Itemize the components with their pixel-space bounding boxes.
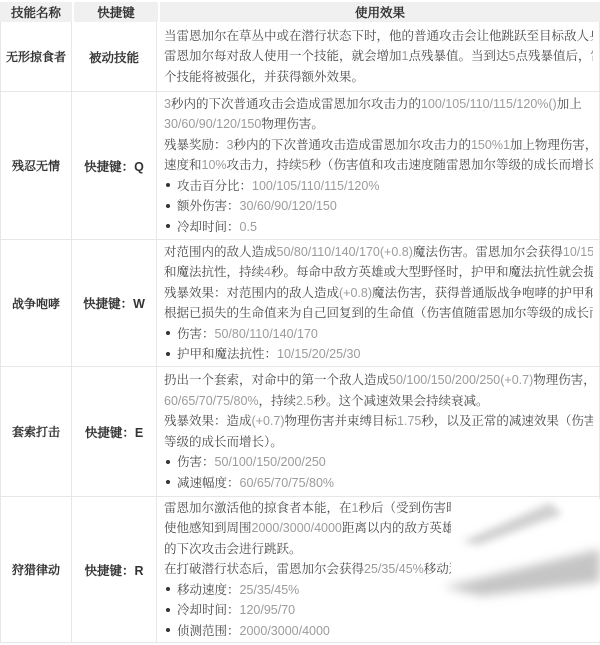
stat-label: 冷却时间： <box>177 603 240 617</box>
effect-text: 加上 <box>557 97 582 111</box>
column-header-hotkey: 快捷键 <box>74 2 158 22</box>
stat-value: 150%1 <box>471 138 510 152</box>
bullet-dot-icon <box>166 460 170 464</box>
watermark-white-patch <box>451 499 600 641</box>
effect-text: ，持续 <box>259 394 297 408</box>
bullet-dot-icon <box>166 608 170 612</box>
skill-row: 残忍无情快捷键：Q3秒内的下次普通攻击会造成雷恩加尔攻击力的100/105/11… <box>1 92 599 240</box>
skill-row: 战争咆哮快捷键：W对范围内的敌人造成50/80/110/140/170(+0.8… <box>1 240 599 367</box>
stat-label: 攻击百分比： <box>177 179 252 193</box>
column-header-label: 快捷键 <box>97 3 135 21</box>
column-header-label: 技能名称 <box>11 3 61 21</box>
skill-effect-cell: 扔出一个套索，对命中的第一个敌人造成50/100/150/200/250(+0.… <box>157 367 599 496</box>
skill-name-cell: 无形掠食者 <box>1 22 72 91</box>
stat-value: 3 <box>164 97 171 111</box>
bullet-dot-icon <box>166 587 170 591</box>
stat-value: 25/35/45% <box>240 583 300 597</box>
effect-text: 秒内的下次普通攻击造成雷恩加尔攻击力的 <box>233 138 471 152</box>
effect-line: 当雷恩加尔在草丛中或在潜行状态下时，他的普通攻击会让他跳跃至目标敌人身边。 <box>164 26 593 47</box>
stat-value: 10% <box>202 158 227 172</box>
effect-text: 个技能将被强化，并获得额外效果。 <box>164 70 364 84</box>
bullet-dot-icon <box>166 204 170 208</box>
stat-value: 120/95/70 <box>240 603 296 617</box>
stat-value: 2000/3000/4000 <box>240 624 330 638</box>
bullet-dot-icon <box>166 352 170 356</box>
skill-effect-cell: 对范围内的敌人造成50/80/110/140/170(+0.8)魔法伤害。雷恩加… <box>157 240 599 366</box>
effect-text: 雷恩加尔每对敌人使用一个技能，就会增加 <box>164 49 402 63</box>
stat-label: 护甲和魔法抗性： <box>177 347 277 361</box>
effect-text: 对范围内的敌人造成 <box>164 245 277 259</box>
effect-text: 点残暴值。当到达 <box>408 49 508 63</box>
effect-text: 雷恩加尔激活他的掠食者本能，在 <box>164 501 352 515</box>
stat-value: 50/80/110/140/170(+0.8) <box>277 245 413 259</box>
stat-label: 伤害： <box>177 327 215 341</box>
column-header-skill-name: 技能名称 <box>0 2 72 22</box>
effect-line: 根据已损失的生命值来为自己回复到的生命值（伤害值随雷恩加尔等级的成长而增长）。 <box>164 303 593 324</box>
stat-value: 50/80/110/140/170 <box>215 327 318 341</box>
effect-line: 对范围内的敌人造成50/80/110/140/170(+0.8)魔法伤害。雷恩加… <box>164 242 593 263</box>
effect-text: 魔法伤害，获得普通版战争咆哮的护甲和魔法抗性，并 <box>372 286 593 300</box>
effect-text: 残暴效果：对范围内的敌人造成 <box>164 286 339 300</box>
stat-value: 2.5 <box>296 394 313 408</box>
effect-text: 的下次攻击会进行跳跃。 <box>164 542 302 556</box>
column-header-effect: 使用效果 <box>160 2 600 22</box>
effect-line: 残暴效果：造成(+0.7)物理伤害并束缚目标1.75秒，以及正常的减速效果（伤害… <box>164 411 593 432</box>
effect-line: 残暴奖励：3秒内的下次普通攻击造成雷恩加尔攻击力的150%1加上物理伤害，并提供… <box>164 135 593 156</box>
stat-label: 侦测范围： <box>177 624 240 638</box>
stat-value: 30/60/90/120/150 <box>240 199 337 213</box>
skill-hotkey-cell: 被动技能 <box>72 22 157 91</box>
skill-hotkey-cell: 快捷键：E <box>72 367 157 496</box>
stat-bullet-line: 攻击百分比：100/105/110/115/120% <box>164 176 593 197</box>
effect-text: 使他感知到周围 <box>164 521 252 535</box>
effect-text: 魔法伤害。雷恩加尔会获得 <box>413 245 563 259</box>
stat-bullet-line: 伤害：50/80/110/140/170 <box>164 324 593 345</box>
bullet-dot-icon <box>166 628 170 632</box>
effect-text: 秒，以及正常的减速效果（伤害值随雷恩加尔 <box>421 414 593 428</box>
column-header-label: 使用效果 <box>355 3 405 21</box>
stat-value: 50/100/150/200/250 <box>215 455 326 469</box>
skill-row: 无形掠食者被动技能当雷恩加尔在草丛中或在潜行状态下时，他的普通攻击会让他跳跃至目… <box>1 22 599 92</box>
effect-text: 残暴效果：造成 <box>164 414 252 428</box>
effect-text: 秒。每命中敌方英雄或大型野怪时，护甲和魔法抗性就会提升 <box>271 265 593 279</box>
bullet-dot-icon <box>166 183 170 187</box>
effect-text: 当雷恩加尔在草丛中或在潜行状态下时，他的普通攻击会让他跳跃至目标敌人身边。 <box>164 29 593 43</box>
stat-value: 50/100/150/200/250(+0.7) <box>389 373 533 387</box>
effect-text: 和魔法抗性，持续 <box>164 265 264 279</box>
stat-label: 额外伤害： <box>177 199 240 213</box>
skill-hotkey-cell: 快捷键：W <box>72 240 157 366</box>
skill-effect-cell: 3秒内的下次普通攻击会造成雷恩加尔攻击力的100/105/110/115/120… <box>157 92 599 239</box>
effect-line: 速度和10%攻击力，持续5秒（伤害值和攻击速度随雷恩加尔等级的成长而增长）。 <box>164 155 593 176</box>
effect-line: 60/65/70/75/80%，持续2.5秒。这个减速效果会持续衰减。 <box>164 391 593 412</box>
stat-value: 25/35/45% <box>364 562 424 576</box>
stat-value: 100/105/110/115/120% <box>252 179 379 193</box>
stat-value: 30/60/90/120/150 <box>164 117 261 131</box>
stat-value: 2000/3000/4000 <box>252 521 342 535</box>
effect-line: 个技能将被强化，并获得额外效果。 <box>164 67 593 88</box>
bullet-dot-icon <box>166 224 170 228</box>
skill-hotkey-cell: 快捷键：R <box>72 497 157 642</box>
skill-hotkey-cell: 快捷键：Q <box>72 92 157 239</box>
effect-text: 扔出一个套索，对命中的第一个敌人造成 <box>164 373 389 387</box>
effect-text: 根据已损失的生命值来为自己回复到的生命值（伤害值随雷恩加尔等级的成长而增长）。 <box>164 306 593 320</box>
stat-value: 4 <box>264 265 271 279</box>
stat-value: 10/15/20/25/30 <box>563 245 593 259</box>
effect-line: 等级的成长而增长）。 <box>164 432 593 453</box>
effect-text: 物理伤害，并将目标减速 <box>533 373 593 387</box>
skill-name-cell: 战争咆哮 <box>1 240 72 366</box>
effect-line: 30/60/90/120/150物理伤害。 <box>164 114 593 135</box>
effect-text: 点残暴值后，雷恩加尔的下一 <box>515 49 593 63</box>
stat-bullet-line: 减速幅度：60/65/70/75/80% <box>164 473 593 494</box>
bullet-dot-icon <box>166 331 170 335</box>
effect-line: 扔出一个套索，对命中的第一个敌人造成50/100/150/200/250(+0.… <box>164 370 593 391</box>
stat-bullet-line: 伤害：50/100/150/200/250 <box>164 452 593 473</box>
stat-value: 10/15/20/25/30 <box>277 347 360 361</box>
effect-text: 秒内的下次普通攻击会造成雷恩加尔攻击力的 <box>171 97 421 111</box>
skill-name-cell: 狩猎律动 <box>1 497 72 642</box>
stat-label: 减速幅度： <box>177 476 240 490</box>
stat-label: 冷却时间： <box>177 220 240 234</box>
stat-value: 0.5 <box>240 220 257 234</box>
stat-value: (+0.7) <box>252 414 285 428</box>
stat-bullet-line: 额外伤害：30/60/90/120/150 <box>164 196 593 217</box>
stat-label: 移动速度： <box>177 583 240 597</box>
effect-text: 加上物理伤害，并提供 <box>510 138 593 152</box>
stat-bullet-line: 护甲和魔法抗性：10/15/20/25/30 <box>164 344 593 365</box>
stat-label: 伤害： <box>177 455 215 469</box>
bullet-dot-icon <box>166 480 170 484</box>
skill-row: 套索打击快捷键：E扔出一个套索，对命中的第一个敌人造成50/100/150/20… <box>1 367 599 497</box>
skill-name-cell: 残忍无情 <box>1 92 72 239</box>
stat-bullet-line: 冷却时间：0.5 <box>164 217 593 238</box>
effect-text: 在打破潜行状态后，雷恩加尔会获得 <box>164 562 364 576</box>
stat-value: 60/65/70/75/80% <box>164 394 259 408</box>
stat-value: 100/105/110/115/120%() <box>421 97 557 111</box>
stat-value: 1.75 <box>397 414 421 428</box>
effect-text: 残暴奖励： <box>164 138 227 152</box>
effect-text: 物理伤害。 <box>261 117 324 131</box>
skill-effect-cell: 当雷恩加尔在草丛中或在潜行状态下时，他的普通攻击会让他跳跃至目标敌人身边。雷恩加… <box>157 22 599 91</box>
effect-line: 残暴效果：对范围内的敌人造成(+0.8)魔法伤害，获得普通版战争咆哮的护甲和魔法… <box>164 283 593 304</box>
skill-table-page: 技能名称 快捷键 使用效果 无形掠食者被动技能当雷恩加尔在草丛中或在潜行状态下时… <box>0 0 600 645</box>
effect-text: 等级的成长而增长）。 <box>164 435 283 449</box>
stat-value: 5 <box>302 158 309 172</box>
effect-line: 3秒内的下次普通攻击会造成雷恩加尔攻击力的100/105/110/115/120… <box>164 94 593 115</box>
effect-text: 攻击力，持续 <box>227 158 302 172</box>
effect-text: 秒（伤害值和攻击速度随雷恩加尔等级的成长而增长）。 <box>309 158 593 172</box>
stat-value: (+0.8) <box>339 286 372 300</box>
effect-text: 秒。这个减速效果会持续衰减。 <box>313 394 488 408</box>
effect-text: 速度和 <box>164 158 202 172</box>
effect-line: 和魔法抗性，持续4秒。每命中敌方英雄或大型野怪时，护甲和魔法抗性就会提升50%。 <box>164 262 593 283</box>
effect-line: 雷恩加尔每对敌人使用一个技能，就会增加1点残暴值。当到达5点残暴值后，雷恩加尔的… <box>164 46 593 67</box>
stat-value: 60/65/70/75/80% <box>240 476 335 490</box>
skill-name-cell: 套索打击 <box>1 367 72 496</box>
table-header-row: 技能名称 快捷键 使用效果 <box>0 2 600 22</box>
effect-text: 物理伤害并束缚目标 <box>285 414 398 428</box>
